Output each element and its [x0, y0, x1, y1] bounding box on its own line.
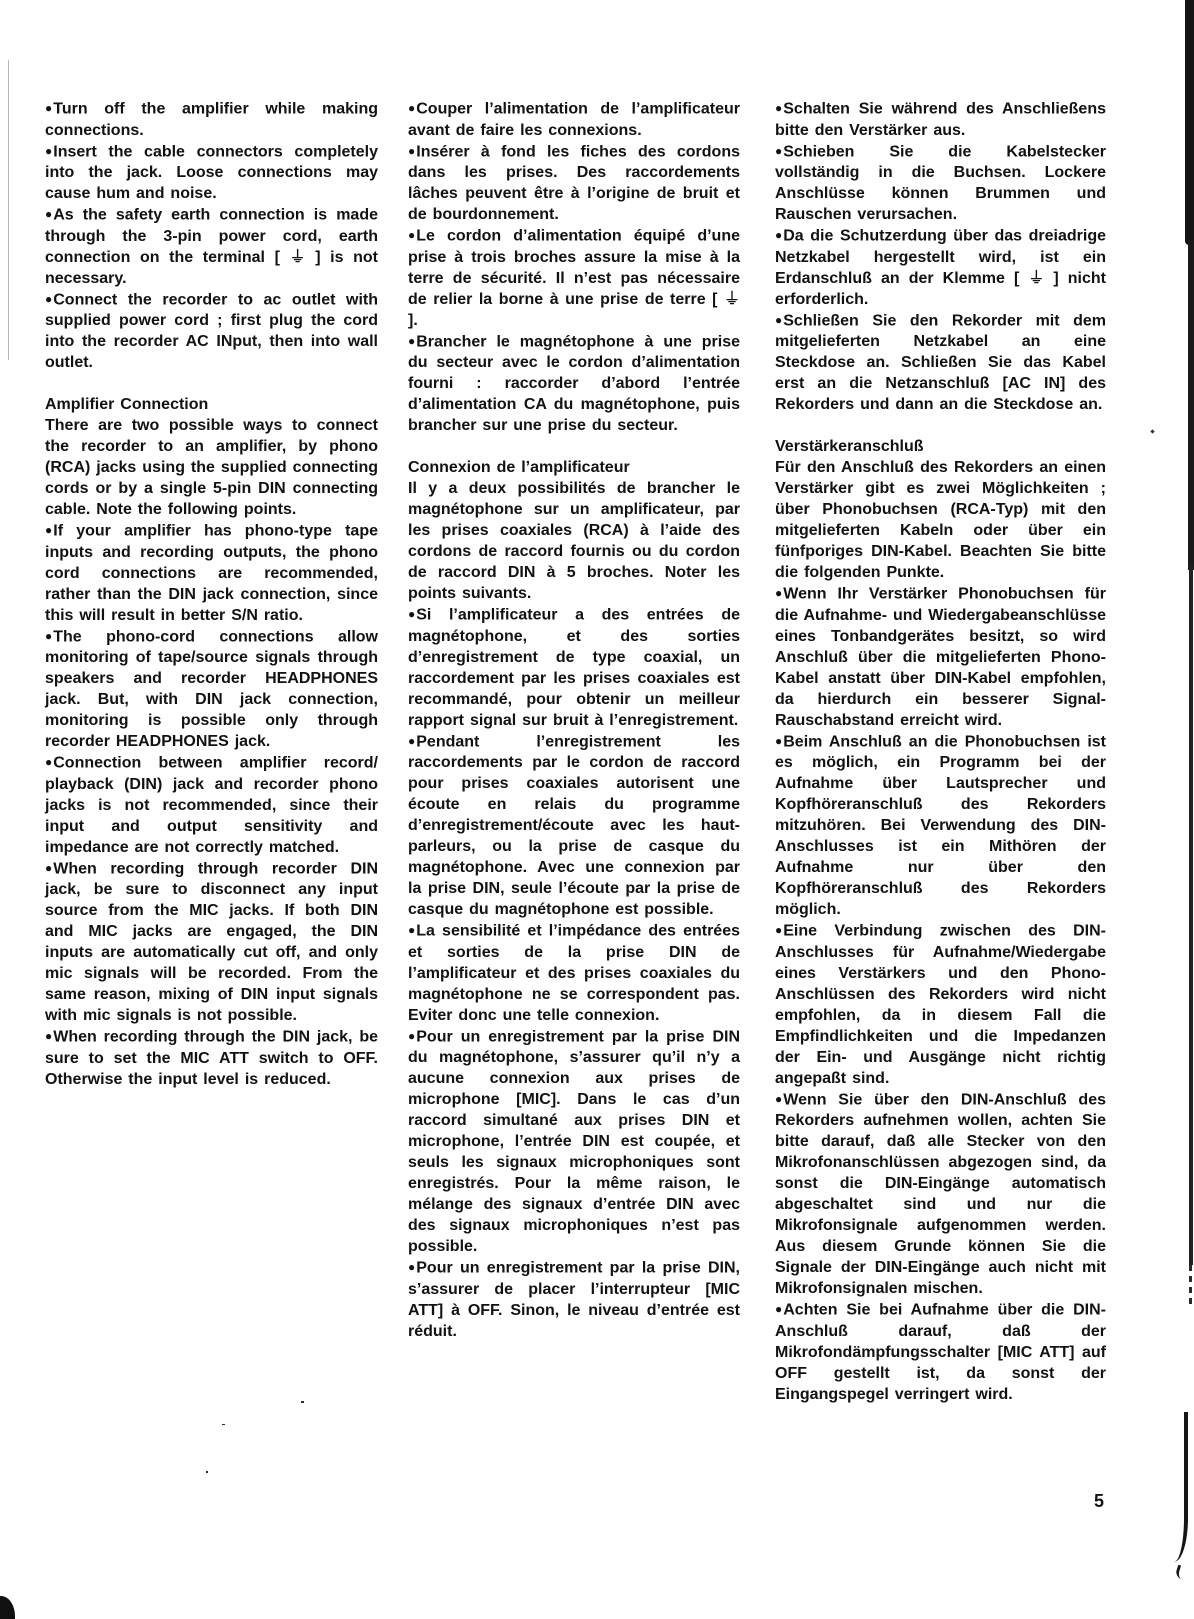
bullet-item: ●Pour un enregistrement par la prise DIN… [408, 1026, 740, 1258]
block-text: Connexion de l’amplificateur [408, 459, 630, 476]
scan-speck [206, 1471, 208, 1473]
block-text: Brancher le magnétophone à une prise du … [408, 333, 740, 434]
bullet-item: ●When recording through the DIN jack, be… [45, 1026, 378, 1090]
scan-edge-artifact [1185, 0, 1194, 245]
block-text: Insert the cable connectors completely i… [45, 143, 378, 202]
bullet-icon: ● [45, 204, 52, 225]
block-text: Da die Schutzerdung über das dreiadrige … [775, 228, 1106, 308]
scan-corner-artifact [0, 1596, 15, 1619]
bullet-item: ●Wenn Sie über den DIN-Anschluß des Reko… [775, 1089, 1106, 1300]
block-text: Verstärkeranschluß [775, 438, 924, 455]
bullet-icon: ● [775, 731, 782, 752]
bullet-item: ●La sensibilité et l’impédance des entré… [408, 920, 740, 1026]
block-text: Wenn Sie über den DIN-Anschluß des Rekor… [775, 1091, 1106, 1297]
bullet-icon: ● [45, 289, 52, 310]
bullet-icon: ● [775, 98, 782, 119]
bullet-icon: ● [775, 310, 782, 331]
bullet-icon: ● [45, 520, 52, 541]
paragraph: Für den Anschluß des Rekorders an einen … [775, 457, 1106, 583]
bullet-item: ●Couper l’alimentation de l’amplificateu… [408, 98, 740, 141]
section-heading: Amplifier Connection [45, 394, 378, 415]
bullet-item: ●As the safety earth connection is made … [45, 204, 378, 289]
bullet-item: ●Pour un enregistrement par la prise DIN… [408, 1257, 740, 1342]
block-text: If your amplifier has phono-type tape in… [45, 523, 378, 624]
bullet-item: ●Si l’amplificateur a des entrées de mag… [408, 604, 740, 731]
block-text: Connection between amplifier record/ pla… [45, 755, 378, 856]
block-text: Turn off the amplifier while making conn… [45, 101, 378, 139]
bullet-icon: ● [775, 225, 782, 246]
block-text: Achten Sie bei Aufnahme über die DIN-Ans… [775, 1302, 1106, 1403]
block-text: When recording through recorder DIN jack… [45, 860, 378, 1024]
bullet-icon: ● [45, 98, 52, 119]
scan-speck [301, 1401, 304, 1403]
bullet-item: ●Schalten Sie während des Anschließens b… [775, 98, 1106, 141]
bullet-icon: ● [45, 141, 52, 162]
bullet-item: ●Insérer à fond les fiches des cordons d… [408, 141, 740, 226]
block-text: Schieben Sie die Kabelstecker vollständi… [775, 143, 1106, 223]
block-text: Connect the recorder to ac outlet with s… [45, 291, 378, 371]
block-text: Pour un enregistrement par la prise DIN … [408, 1028, 740, 1255]
bullet-item: ●Brancher le magnétophone à une prise du… [408, 331, 740, 437]
block-text: Pendant l’enregistrement les raccordemen… [408, 733, 740, 918]
bullet-icon: ● [775, 920, 782, 941]
bullet-item: ●When recording through recorder DIN jac… [45, 858, 378, 1027]
bullet-item: ●Beim Anschluß an die Phonobuchsen ist e… [775, 731, 1106, 921]
bullet-item: ●Achten Sie bei Aufnahme über die DIN-An… [775, 1299, 1106, 1405]
bullet-item: ●Le cordon d’alimentation équipé d’une p… [408, 225, 740, 331]
bullet-icon: ● [408, 225, 415, 246]
bullet-item: ●If your amplifier has phono-type tape i… [45, 520, 378, 626]
bullet-item: ●Insert the cable connectors completely … [45, 141, 378, 205]
block-text: Schließen Sie den Rekorder mit dem mitge… [775, 312, 1106, 413]
bullet-icon: ● [775, 1299, 782, 1320]
bullet-icon: ● [408, 331, 415, 352]
section-heading: Connexion de l’amplificateur [408, 457, 740, 478]
paragraph: Il y a deux possibilités de brancher le … [408, 478, 740, 604]
bullet-icon: ● [408, 141, 415, 162]
section-heading: Verstärkeranschluß [775, 436, 1106, 457]
column-german: ●Schalten Sie während des Anschließens b… [775, 98, 1106, 1405]
bullet-item: ●Eine Verbindung zwischen des DIN-Anschl… [775, 920, 1106, 1089]
bullet-item: ●The phono-cord connections allow monito… [45, 626, 378, 753]
bullet-item: ●Schließen Sie den Rekorder mit dem mitg… [775, 310, 1106, 416]
scan-edge-artifact [1189, 1265, 1192, 1305]
block-text: Für den Anschluß des Rekorders an einen … [775, 459, 1106, 581]
bullet-item: ●Turn off the amplifier while making con… [45, 98, 378, 141]
block-text: Si l’amplificateur a des entrées de magn… [408, 607, 740, 729]
scan-edge-artifact [1168, 1412, 1188, 1562]
bullet-icon: ● [408, 1257, 415, 1278]
bullet-icon: ● [408, 604, 415, 625]
bullet-icon: ● [775, 1089, 782, 1110]
scan-edge-artifact [1188, 240, 1194, 570]
block-text: Insérer à fond les fiches des cordons da… [408, 143, 740, 223]
bullet-icon: ● [408, 731, 415, 752]
bullet-icon: ● [45, 1026, 52, 1047]
bullet-item: ●Connection between amplifier record/ pl… [45, 752, 378, 858]
bullet-item: ●Wenn Ihr Verstärker Phonobuchsen für di… [775, 583, 1106, 731]
block-text: Wenn Ihr Verstärker Phonobuchsen für die… [775, 586, 1106, 729]
block-text: Le cordon d’alimentation équipé d’une pr… [408, 228, 740, 329]
block-text: Couper l’alimentation de l’amplificateur… [408, 101, 740, 139]
bullet-icon: ● [45, 752, 52, 773]
block-text: As the safety earth connection is made t… [45, 207, 378, 287]
block-text: Amplifier Connection [45, 396, 208, 413]
block-text: Eine Verbindung zwischen des DIN-Anschlu… [775, 923, 1106, 1087]
block-text: La sensibilité et l’impédance des entrée… [408, 923, 740, 1024]
block-text: Beim Anschluß an die Phonobuchsen ist es… [775, 733, 1106, 918]
scan-edge-artifact [1174, 1565, 1188, 1581]
column-french: ●Couper l’alimentation de l’amplificateu… [408, 98, 740, 1342]
block-text: Schalten Sie während des Anschließens bi… [775, 101, 1106, 139]
bullet-icon: ● [408, 98, 415, 119]
bullet-icon: ● [45, 626, 52, 647]
block-text: Il y a deux possibilités de brancher le … [408, 480, 740, 602]
block-text: Pour un enregistrement par la prise DIN,… [408, 1260, 740, 1340]
bullet-item: ●Da die Schutzerdung über das dreiadrige… [775, 225, 1106, 310]
block-text: There are two possible ways to connect t… [45, 417, 378, 518]
bullet-item: ●Pendant l’enregistrement les raccordeme… [408, 731, 740, 921]
scan-left-hairline [8, 60, 9, 360]
bullet-item: ●Schieben Sie die Kabelstecker vollständ… [775, 141, 1106, 226]
scan-speck [1150, 429, 1154, 433]
scan-speck [222, 1424, 225, 1425]
column-english: ●Turn off the amplifier while making con… [45, 98, 378, 1090]
scan-edge-artifact [1189, 565, 1193, 1265]
bullet-icon: ● [408, 1026, 415, 1047]
block-text: The phono-cord connections allow monitor… [45, 628, 378, 750]
bullet-icon: ● [408, 920, 415, 941]
paragraph: There are two possible ways to connect t… [45, 415, 378, 520]
bullet-icon: ● [775, 141, 782, 162]
bullet-icon: ● [45, 858, 52, 879]
manual-page: ●Turn off the amplifier while making con… [0, 0, 1194, 1619]
bullet-icon: ● [775, 583, 782, 604]
bullet-item: ●Connect the recorder to ac outlet with … [45, 289, 378, 374]
page-number: 5 [1094, 1491, 1104, 1512]
block-text: When recording through the DIN jack, be … [45, 1029, 378, 1088]
